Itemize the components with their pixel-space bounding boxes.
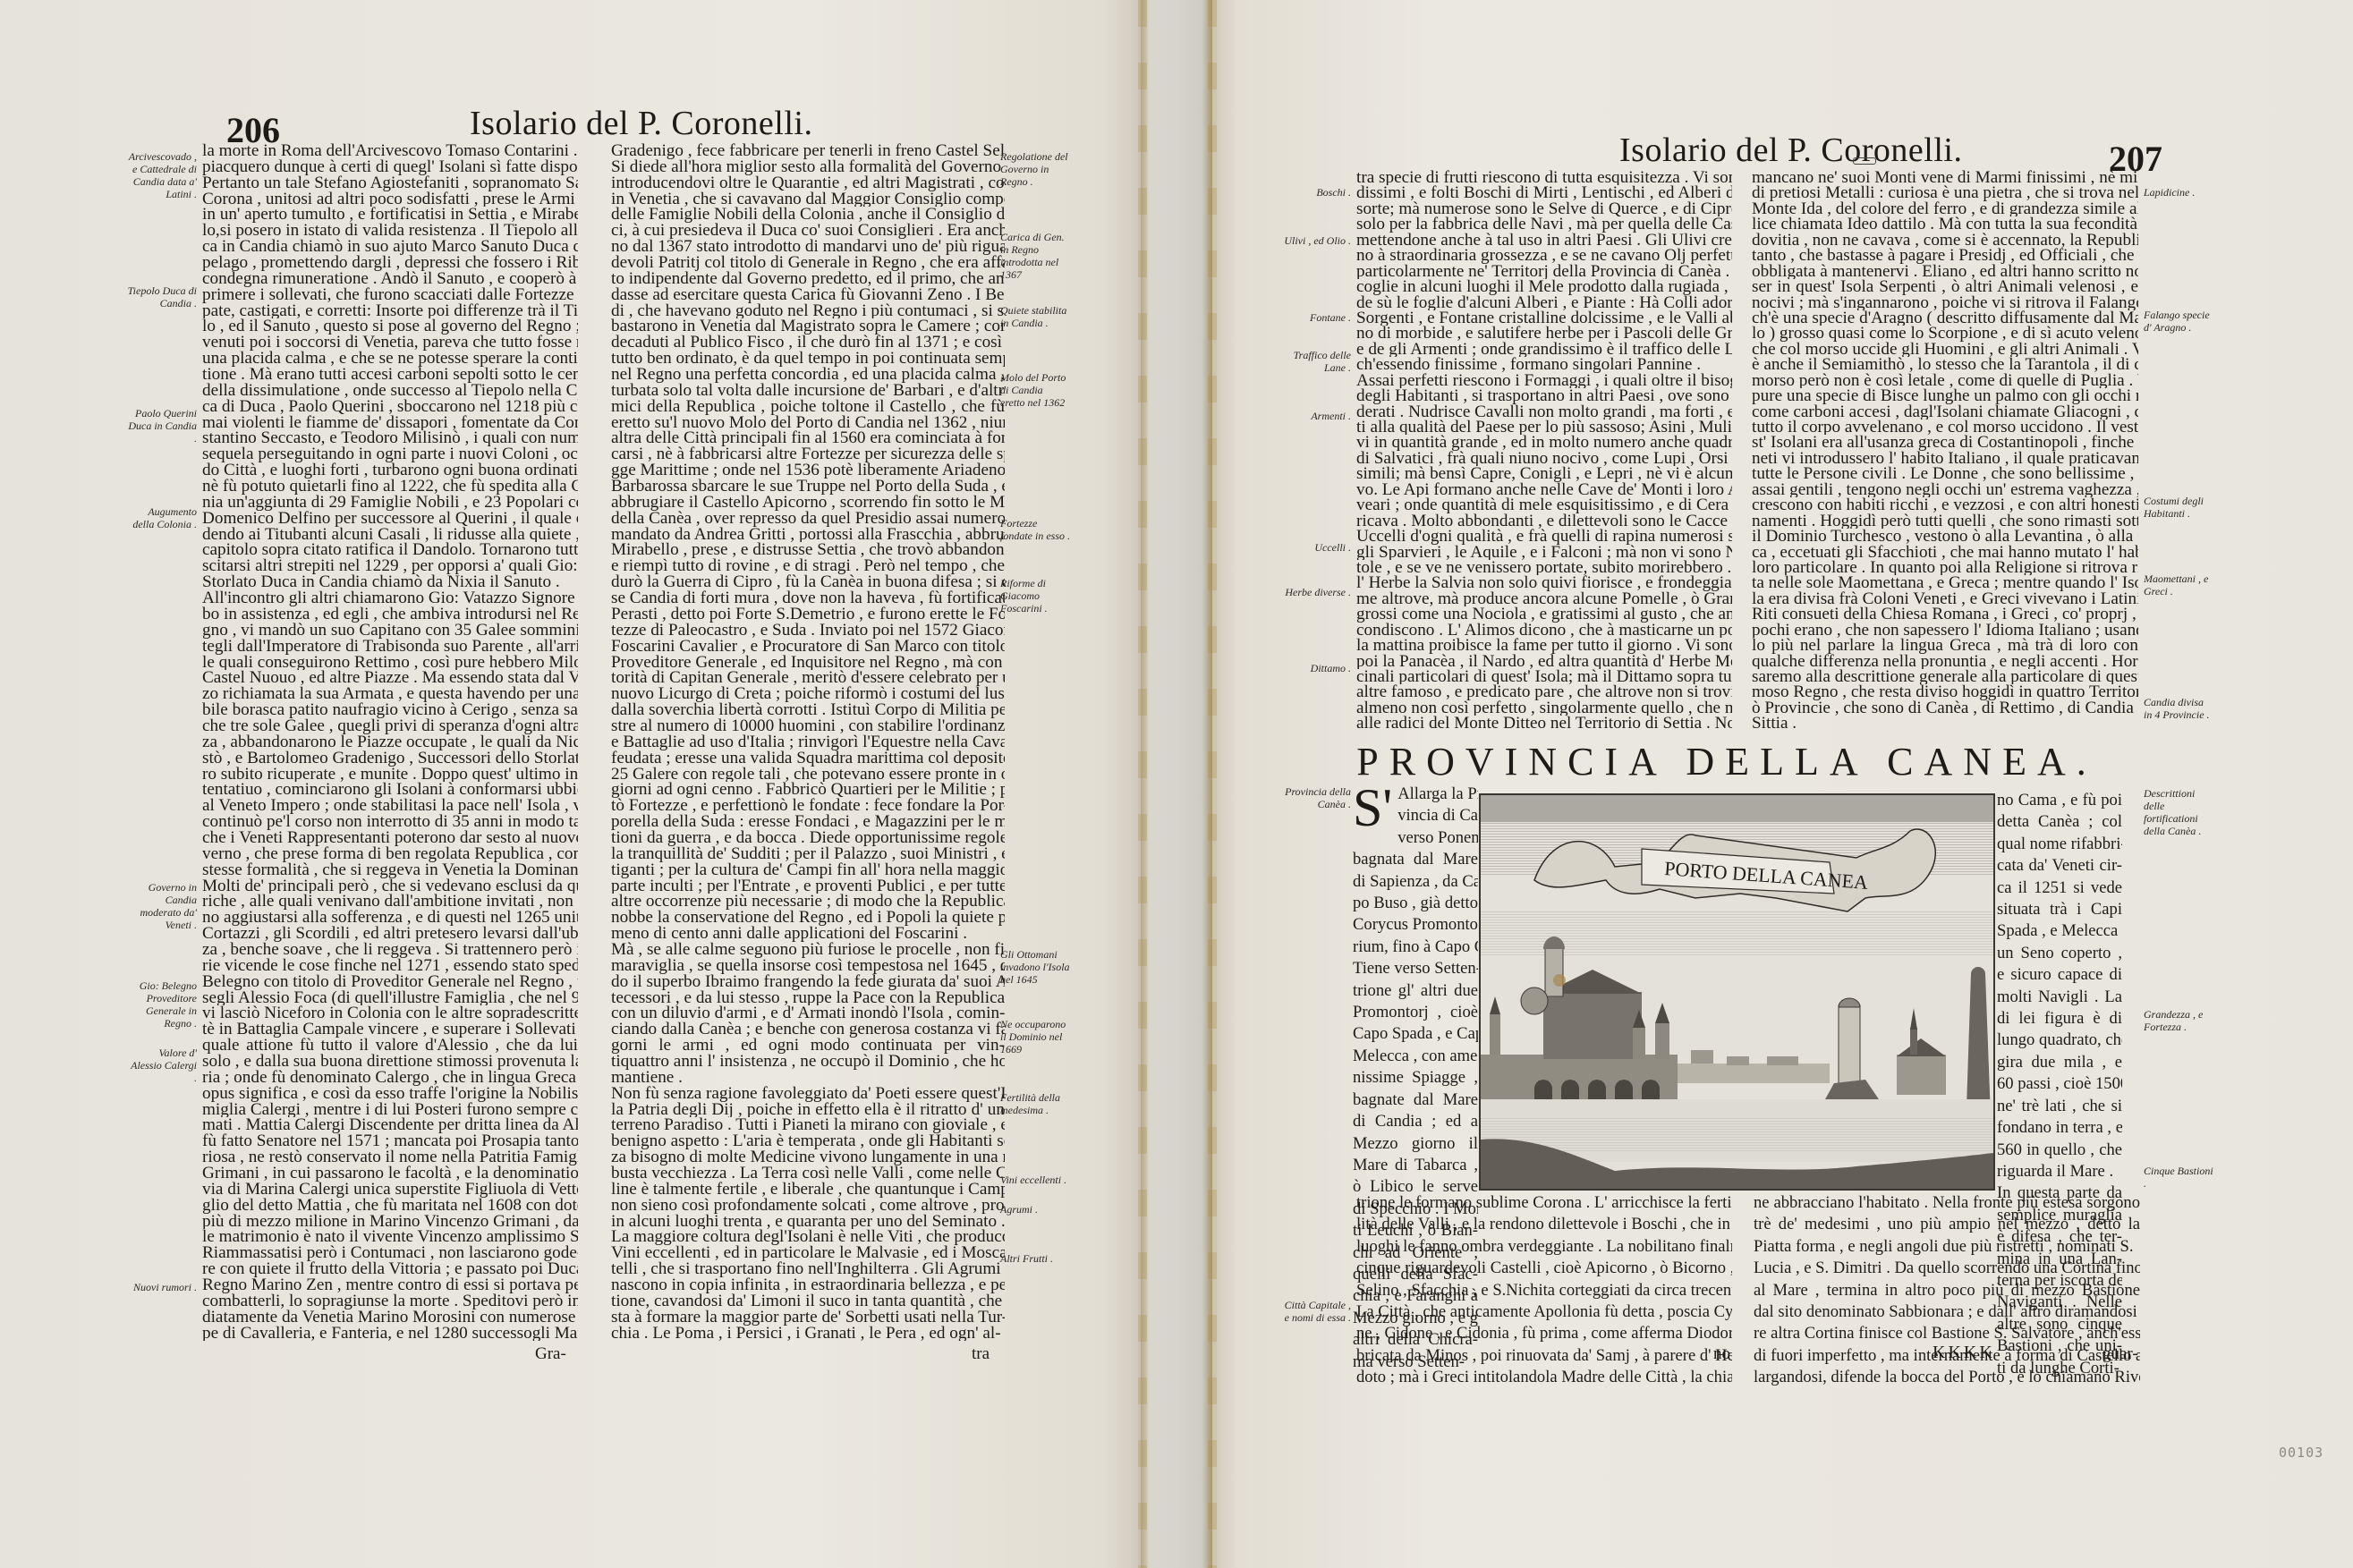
text-line: riche , alle quali venivano dall'ambitio… — [202, 894, 578, 910]
engraving-porto-della-canea: PORTO DELLA CANEA — [1479, 793, 1995, 1191]
text-line: Monte Ida , del colore del ferro , e di … — [1752, 201, 2138, 216]
text-line: Grimani , in cui passarono le facoltà , … — [202, 1165, 578, 1182]
text-line: ca il 1251 si vede — [1997, 877, 2122, 899]
text-line: feudata ; eresse una valida Squadra mari… — [611, 750, 1005, 767]
text-line: della dissimulatione , onde successo al … — [202, 383, 578, 399]
margin-note: Armenti . — [1281, 410, 1351, 422]
text-line: Mà , se alle calme seguono più furiose l… — [611, 942, 1005, 958]
text-line: Spada , e Melecca in — [1997, 920, 2122, 942]
text-line: stò , e Bartolomeo Gradenigo , Successor… — [202, 750, 578, 767]
text-line: tutte le Persone civili . Le Donne , che… — [1752, 466, 2138, 481]
text-line: giorni ad ogni cenno . Fabbricò Quartier… — [611, 782, 1005, 798]
text-line: no à straordinaria grossezza , e se ne c… — [1356, 248, 1732, 263]
text-line: ricava . Molto abbondanti , e dilettevol… — [1356, 513, 1732, 529]
text-line: Storlato Duca in Candia chiamò da Nixia … — [202, 574, 578, 590]
text-line: tutto ben ordinato, è da quel tempo in p… — [611, 351, 1005, 367]
text-line: nobbe la conservatione del Regno , ed i … — [611, 910, 1005, 926]
right-page-column-2: mancano ne' suoi Monti vene di Marmi fin… — [1752, 170, 2138, 732]
text-line: crescono con habiti ricchi , e vezzosi ,… — [1752, 497, 2138, 513]
drop-cap: S' — [1353, 785, 1392, 830]
text-line: maraviglia , se quella insorse così temp… — [611, 958, 1005, 974]
text-line: La maggiore coltura degl'Isolani è nelle… — [611, 1229, 1005, 1245]
text-line: ti alla qualità del Paese per lo più sas… — [1356, 420, 1732, 435]
text-line: Piatta forma , e negli angoli due più ri… — [1754, 1236, 2140, 1258]
text-line: ne , Cidone , e Cidonia , fù prima , com… — [1356, 1323, 1732, 1344]
text-line: namenti . Hoggidì però tutti quelli , ch… — [1752, 513, 2138, 529]
text-line: altre famoso , e predicato pare , che al… — [1356, 684, 1732, 699]
text-line: tole , e se ve ne venissero portate, sub… — [1356, 560, 1732, 575]
text-line: le quali conseguirono Rettimo , così pur… — [202, 655, 578, 671]
text-line: no dal 1367 stato introdotto di mandarvi… — [611, 239, 1005, 255]
text-line: Sittia . — [1752, 716, 2138, 731]
text-line: almeno non così perfetto , singolarmente… — [1356, 700, 1732, 716]
text-line: tegli dall'Imperatore di Trabisonda suo … — [202, 639, 578, 655]
text-line: chia . Le Poma , i Persici , i Granati ,… — [611, 1326, 1005, 1342]
text-line: tutto il corpo avvelenano , e col morso … — [1752, 420, 2138, 435]
text-line: line è talmente fertile , e liberale , c… — [611, 1182, 1005, 1198]
text-line: gno , vi mandò un suo Capitano con 35 Ga… — [202, 623, 578, 639]
margin-note: Gli Ottomani invadono l'Isola nel 1645 — [1000, 948, 1070, 986]
text-line: Mirabello , prese , e distrusse Settia ,… — [611, 542, 1005, 558]
harbor-engraving-illustration: PORTO DELLA CANEA — [1481, 795, 1993, 1189]
text-line: la tranquillità de' Sudditi ; per il Pal… — [611, 846, 1005, 862]
text-line: tò Fortezze , e perfettionò le fondate :… — [611, 798, 1005, 814]
text-line: me altrove, mà produce ancora alcune Pom… — [1356, 591, 1732, 606]
text-line: ò Provincie , che sono di Canèa , di Ret… — [1752, 700, 2138, 716]
text-line: che col morso uccide gli Huomini , e gli… — [1752, 342, 2138, 357]
text-line: to indipendente dal Governo predetto, ed… — [611, 271, 1005, 287]
text-line: sta à formare la maggior parte de' Sorbe… — [611, 1309, 1005, 1326]
text-line: Non fù senza ragione favoleggiato da' Po… — [611, 1086, 1005, 1102]
text-line: All'incontro gli altri chiamarono Gio: V… — [202, 590, 578, 606]
text-line: rium, fino à Capo Crio. — [1353, 937, 1478, 958]
margin-note: Agrumi . — [1000, 1203, 1070, 1216]
text-line: pure una specie di Bisce lunghe un palmo… — [1752, 388, 2138, 403]
margin-note: Falango specie d' Aragno . — [2144, 309, 2213, 334]
running-head-left: Isolario del P. Coronelli. — [470, 104, 812, 143]
text-line: telli , che si trasportano fino nell'Ing… — [611, 1261, 1005, 1277]
text-line: nocivi ; mà s'ingannarono , poiche vi si… — [1752, 295, 2138, 310]
text-line: tè in Battaglia Campale vincere , e supe… — [202, 1021, 578, 1038]
text-line: ca , eccetuati gli Sfacchioti , che mai … — [1752, 545, 2138, 560]
text-line: Pertanto un tale Stefano Agiostefaniti ,… — [202, 175, 578, 191]
text-line: detta Canèa ; col — [1997, 811, 2122, 833]
text-line: cinali particolari di quest' Isola; mà i… — [1356, 669, 1732, 684]
text-line: di lei figura è di — [1997, 1008, 2122, 1030]
margin-note: Traffico delle Lane . — [1281, 349, 1351, 374]
text-line: sequela perseguitando in ogni parte i nu… — [202, 446, 578, 462]
text-line: segli Alessio Foca (di quell'illustre Fa… — [202, 990, 578, 1006]
text-line: qual nome rifabbri- — [1997, 834, 2122, 855]
text-line: tentatiuo , cominciarono gli Isolani à c… — [202, 782, 578, 798]
text-line: via di Marina Calergi unica superstite F… — [202, 1182, 578, 1198]
text-line: trione le formano sublime Corona . L' ar… — [1356, 1192, 1732, 1214]
left-page-column-2: Gradenigo , fece fabbricare per tenerli … — [611, 143, 1005, 1341]
text-line: porella della Suda : eresse Fondaci , e … — [611, 814, 1005, 830]
text-line: diatamente da Venetia Marino Morosini co… — [202, 1309, 578, 1326]
text-line: za , benche soave , che li reggeva . Si … — [202, 942, 578, 958]
text-line: veari ; onde quantità di mele esquisitis… — [1356, 497, 1732, 513]
text-line: bile borasca patito naufragio vicino à C… — [202, 702, 578, 718]
text-line: Capo Spada , e Capo — [1353, 1023, 1478, 1045]
margin-note: Carica di Gen. in Regno introdotta nel 1… — [1000, 231, 1070, 281]
catchword-right-col1: no — [1713, 1344, 1730, 1364]
text-line: tione . Mà erano tutti accesi carboni se… — [202, 367, 578, 383]
text-line: cinque riguardevoli Castelli , cioè Apic… — [1356, 1258, 1732, 1279]
text-line: Molti de' principali però , che si vedev… — [202, 878, 578, 894]
text-line: Mezzo giorno il — [1353, 1133, 1478, 1155]
text-line: di , che havevano goduto nel Regno i più… — [611, 303, 1005, 319]
text-line: Riti consueti della Chiesa Romana , i Gr… — [1752, 606, 2138, 622]
text-line: altra delle Città principali fin al 1560… — [611, 430, 1005, 446]
text-line: in un' aperto tumulto , e fortificatisi … — [202, 207, 578, 223]
margin-note: Maomettani , e Greci . — [2144, 572, 2213, 598]
text-line: Tiene verso Setten- — [1353, 958, 1478, 979]
margin-note: Tiepolo Duca di Candia . — [127, 284, 197, 309]
text-line: condegna rimuneratione . Andò il Sanuto … — [202, 271, 578, 287]
text-line: carsi , nè à fabbricarsi altre Fortezze … — [611, 446, 1005, 462]
text-line: della Canèa , over represso da quel Pres… — [611, 511, 1005, 527]
text-line: glio del detto Mattia , che fù maritata … — [202, 1198, 578, 1214]
text-line: cata da' Veneti cir- — [1997, 855, 2122, 877]
text-line: primere i sollevati, che furono scacciat… — [202, 287, 578, 303]
text-line: tezze di Paleocastro , e Suda . Inviato … — [611, 623, 1005, 639]
text-line: verso Ponente , — [1397, 827, 1478, 849]
text-line: do Città , e luoghi forti , turbarono og… — [202, 462, 578, 479]
text-line: Cortazzi , gli Scordili , ed altri prete… — [202, 926, 578, 942]
text-line: la era divisa frà Coloni Veneti , e Grec… — [1752, 591, 2138, 606]
section-title: PROVINCIA DELLA CANEA. — [1279, 739, 2174, 784]
margin-note: Fertilità della medesima . — [1000, 1091, 1070, 1116]
text-line: qualche differenza nella pronuntia , e n… — [1752, 654, 2138, 669]
text-line: dalla soverchia libertà corrotti . Istit… — [611, 702, 1005, 718]
catchword-left-col1: Gra- — [535, 1344, 566, 1364]
text-line: po Buso , già detto — [1353, 893, 1478, 914]
text-line: particolarmente ne' Territorj della Prov… — [1356, 264, 1732, 279]
text-line: ne' trè lati , che si — [1997, 1096, 2122, 1117]
text-line: bricata da Minos , poi rinuovata da' Sam… — [1356, 1345, 1732, 1367]
text-line: gira due mila , e — [1997, 1052, 2122, 1073]
margin-note: Dittamo . — [1281, 662, 1351, 674]
text-line: nè fù potuto quietarli fino al 1222, che… — [202, 479, 578, 495]
text-line: dovitia , non ne cavava , come si è acce… — [1752, 233, 2138, 248]
text-line: fù fatto Senatore nel 1571 ; mancata poi… — [202, 1133, 578, 1149]
text-line: coglie in alcuni luoghi il Mele prodotto… — [1356, 279, 1732, 294]
text-line: lo , ed il Sanuto , questo si pose al go… — [202, 318, 578, 335]
text-line: venuti poi i soccorsi di Venetia, pareva… — [202, 335, 578, 351]
text-line: Proveditore Generale , ed Inquisitore ne… — [611, 655, 1005, 671]
text-line: bastarono in Venetia dal Magistrato sopr… — [611, 318, 1005, 335]
text-line: e sicuro capace di — [1997, 964, 2122, 986]
text-line: l' Herbe la Salvia non solo quivi fioris… — [1356, 575, 1732, 590]
foxing-stain — [1208, 0, 1217, 1568]
margin-note: Regolatione del Governo in Regno . — [1000, 150, 1070, 188]
text-line: saremo alla descrittione generale alla p… — [1752, 669, 2138, 684]
text-line: una placida calma , e che se ne potesse … — [202, 351, 578, 367]
text-line: pochi erano , che non sapessero l' Idiom… — [1752, 623, 2138, 638]
text-line: stesse formalità , che si reggeva in Ven… — [202, 862, 578, 878]
margin-note: Fortezze fondate in esso . — [1000, 517, 1070, 542]
margin-note: Nuovi rumori . — [127, 1281, 197, 1293]
book-spread: 206 Isolario del P. Coronelli. Isolario … — [0, 0, 2353, 1568]
margin-note: Uccelli . — [1281, 541, 1351, 554]
text-line: fondano in terra , e — [1997, 1117, 2122, 1139]
foxing-stain — [1138, 0, 1147, 1568]
text-line: no di morbide , e salutifere herbe per i… — [1356, 326, 1732, 341]
text-line: Mare di Tabarca , — [1353, 1155, 1478, 1176]
text-line: trè de' medesimi , uno più ampio nel mez… — [1754, 1214, 2140, 1235]
text-line: largandosi, difende la bocca del Porto ,… — [1754, 1367, 2140, 1388]
text-line: bo in assistenza , ed egli , che ambiva … — [202, 606, 578, 623]
text-line: tiganti ; per la cultura de' Campi fin a… — [611, 862, 1005, 878]
text-line: benigno aspetto : L'aria è temperata , o… — [611, 1133, 1005, 1149]
text-line: il Dominio Turchesco , vestono ò alla Le… — [1752, 529, 2138, 544]
text-line: de sù le foglie d'alcuni Alberi , e Pian… — [1356, 295, 1732, 310]
text-line: Regno Marino Zen , mentre contro di essi… — [202, 1277, 578, 1293]
margin-note: Lapidicine . — [2144, 186, 2213, 199]
text-line: assai gentili , tengono negli occhi un' … — [1752, 482, 2138, 497]
text-line: altre occorrenze più necessarie ; di mod… — [611, 894, 1005, 910]
text-line: in Venetia , che si cavavano dal Maggior… — [611, 191, 1005, 208]
text-line: solo per la fabbrica delle Navi , mà per… — [1356, 216, 1732, 232]
margin-note: Descrittioni delle fortificationi della … — [2144, 787, 2213, 837]
text-line: mancano ne' suoi Monti vene di Marmi fin… — [1752, 170, 2138, 185]
text-line: Lucia , e S. Dimitri . Da quello scorren… — [1754, 1258, 2140, 1279]
text-line: luoghi le fanno ombra verdeggiante . La … — [1356, 1236, 1732, 1258]
text-line: lo ) grosso quasi come lo Scorpione , e … — [1752, 326, 2138, 341]
text-line: Corona , unitosi ad altri poco sodisfatt… — [202, 191, 578, 208]
text-line: dendo ai Titubanti alcuni Casali , li ri… — [202, 527, 578, 543]
text-line: devoli Patritj col titolo di Generale in… — [611, 255, 1005, 271]
text-line: torità di Capitan Generale , meritò d'es… — [611, 670, 1005, 686]
text-line: pate, castigati, e corretti: Insorte poi… — [202, 303, 578, 319]
text-line: lungo quadrato, che — [1997, 1030, 2122, 1051]
margin-note: Riforme di Giacomo Foscarini . — [1000, 577, 1070, 614]
text-line: molti Navigli . La — [1997, 987, 2122, 1008]
text-line: tra specie di frutti riescono di tutta e… — [1356, 170, 1732, 185]
text-line: st' Isolani era all'usanza greca di Cost… — [1752, 435, 2138, 450]
text-line: Perasti , detto poi Forte S.Demetrio , e… — [611, 606, 1005, 623]
text-line: gli Sparvieri , le Aquile , e i Falconi … — [1356, 545, 1732, 560]
catchword-left-col2: tra — [972, 1344, 990, 1364]
margin-note: Ulivi , ed Olio . — [1281, 234, 1351, 247]
text-line: Riammassatisi però i Contumaci , non las… — [202, 1245, 578, 1261]
text-line: neti vi introdussero l' habito Italiano … — [1752, 451, 2138, 466]
text-line: za bisogno di molte Medicine vivono lung… — [611, 1149, 1005, 1165]
text-line: terreno Paradiso . Tutti i Pianeti la mi… — [611, 1117, 1005, 1133]
text-line: mati . Mattia Calergi Discendente per dr… — [202, 1117, 578, 1133]
margin-note: Cinque Bastioni . — [2144, 1165, 2213, 1190]
text-line: bagnate dal Mare — [1353, 1089, 1478, 1111]
text-line: durò la Guerra di Cipro , fù la Canèa in… — [611, 574, 1005, 590]
text-line: stantino Seccasto, e Teodoro Milisinò , … — [202, 430, 578, 446]
text-line: mettendone anche à tal uso in altri Paes… — [1356, 233, 1732, 248]
text-line: loro particolare . In quanto poi alla Re… — [1752, 560, 2138, 575]
text-line: opus significa , e così da esso traffe l… — [202, 1086, 578, 1102]
archive-stamp: 00103 — [2279, 1445, 2323, 1461]
margin-note: Quiete stabilita in Candia . — [1000, 304, 1070, 329]
text-line: doto ; mà i Greci intitolandola Madre de… — [1356, 1367, 1732, 1388]
text-line: no aggiustarsi alla sofferenza , e di qu… — [202, 910, 578, 926]
text-line: Vini eccellenti , ed in particolare le M… — [611, 1245, 1005, 1261]
text-line: stre al numero di 10000 huomini , con st… — [611, 718, 1005, 734]
text-line: Uccelli d'ogni qualità , e frà quelli di… — [1356, 529, 1732, 544]
text-line: Selino , Sfacchia , e S.Nichita corteggi… — [1356, 1280, 1732, 1301]
text-line: Si diede all'hora miglior sesto alla for… — [611, 159, 1005, 175]
text-line: la Patria degli Dij , poiche in effetto … — [611, 1102, 1005, 1118]
text-line: e Battaglie ad uso d'Italia ; rinvigorì … — [611, 734, 1005, 750]
text-line: Barbarossa sbarcare le sue Truppe nel Po… — [611, 479, 1005, 495]
left-page-column-1: la morte in Roma dell'Arcivescovo Tomaso… — [202, 143, 578, 1341]
text-line: trione gl' altri due — [1353, 980, 1478, 1002]
text-line: dissimi , e folti Boschi di Mirti , Lent… — [1356, 185, 1732, 200]
text-line: Melecca , con ame- — [1353, 1046, 1478, 1067]
text-line: nuovo Licurgo di Creta ; poiche riformò … — [611, 686, 1005, 702]
text-line: delle Famiglie Nobili della Colonia , an… — [611, 207, 1005, 223]
text-line: gge Marittime ; onde nel 1536 potè liber… — [611, 462, 1005, 479]
header-ornament — [1853, 157, 1876, 165]
margin-note: Boschi . — [1281, 186, 1351, 199]
text-line: e riempì tutto di rovine , e di stragi .… — [611, 558, 1005, 574]
running-head-right: Isolario del P. Coronelli. — [1619, 131, 1962, 170]
text-line: derati . Nudrisce Cavalli non molto gran… — [1356, 404, 1732, 420]
margin-note: Vini eccellenti . — [1000, 1174, 1070, 1186]
text-line: busta vecchiezza . La Terra così nelle V… — [611, 1165, 1005, 1182]
book-gutter — [1141, 0, 1212, 1568]
text-line: ria ; onde fù denominato Calergo , che i… — [202, 1070, 578, 1086]
margin-note: Paolo Querini Duca in Candia . — [127, 407, 197, 445]
text-line: vi lasciò Niceforo in Colonia con le alt… — [202, 1005, 578, 1021]
text-line: parte inculti ; per l'Entrate , e proven… — [611, 878, 1005, 894]
signature-mark: KKKK — [1933, 1343, 1995, 1363]
text-line: che tre sole Galee , quegli privi di spe… — [202, 718, 578, 734]
text-line: vincia di Canèa — [1397, 805, 1478, 826]
text-line: la morte in Roma dell'Arcivescovo Tomaso… — [202, 143, 578, 159]
text-line: riosa , ne restò conservato il nome nell… — [202, 1149, 578, 1165]
text-line: ne abbracciano l'habitato . Nella fronte… — [1754, 1192, 2140, 1214]
margin-note: Valore d' Alessio Calergi . — [127, 1047, 197, 1084]
text-line: Corycus Promonto- — [1353, 914, 1478, 936]
text-line: no Cama , e fù poi — [1997, 790, 2122, 811]
right-page-column-1: tra specie di frutti riescono di tutta e… — [1356, 170, 1732, 732]
text-line: ciando dalla Canèa ; e benche con genero… — [611, 1021, 1005, 1038]
text-line: e de gli Armenti ; onde grandissimo è il… — [1356, 342, 1732, 357]
text-line: nia un'aggiunta di 29 Famiglie Nobili , … — [202, 495, 578, 511]
text-line: rie vicende le cose finche nel 1271 , es… — [202, 958, 578, 974]
text-line: za , abbandonarono le Piazze occupate , … — [202, 734, 578, 750]
text-line: Domenico Delfino per successore al Queri… — [202, 511, 578, 527]
text-line: do il superbo Ibraimo frangendo la fede … — [611, 974, 1005, 990]
text-line: mandato da Andrea Gritti , portossi alla… — [611, 527, 1005, 543]
text-line: come carboni accesi , dagl'Isolani chiam… — [1752, 404, 2138, 420]
text-line: dal sito denominato Sabbionara ; e dall'… — [1754, 1301, 2140, 1323]
text-line: pe di Cavalleria, e Fanteria, e nel 1280… — [202, 1326, 578, 1342]
margin-note: Costumi degli Habitanti . — [2144, 495, 2213, 520]
text-line: dasse ad esercitare questa Carica fù Gio… — [611, 287, 1005, 303]
text-line: ta nelle sole Maomettana , e Greca ; men… — [1752, 575, 2138, 590]
text-line: obbligata à mantenervi . Eliano , ed alt… — [1752, 264, 2138, 279]
text-line: introducendovi oltre le Quarantie , ed a… — [611, 175, 1005, 191]
text-line: solo , e dalla sua buona direttione stim… — [202, 1054, 578, 1070]
text-line: La Città , che anticamente Apollonia fù … — [1356, 1301, 1732, 1323]
text-line: verno , che prese forma di ben regolata … — [202, 846, 578, 862]
text-line: non sieno così profondamente solcati , c… — [611, 1198, 1005, 1214]
text-line: Sorgenti , e Fontane cristalline dolciss… — [1356, 310, 1732, 326]
text-line: se Candia di forti mura , dove non la ha… — [611, 590, 1005, 606]
text-line: Assai perfetti riescono i Formaggi , i q… — [1356, 373, 1732, 388]
margin-note: Governo in Candia moderato da' Veneti . — [127, 881, 197, 931]
text-line: di Sapienza , da Ca- — [1353, 871, 1478, 893]
catchword-right-col2: guar- — [2102, 1344, 2138, 1364]
text-line: 25 Galere con regole tali , che potevano… — [611, 767, 1005, 783]
margin-note: Candia divisa in 4 Provincie . — [2144, 696, 2213, 721]
text-line: di pretiosi Metalli : curiosa è una piet… — [1752, 185, 2138, 200]
text-line: mantiene . — [611, 1070, 1005, 1086]
text-line: nissime Spiagge , — [1353, 1067, 1478, 1089]
text-line: di Candia ; ed a — [1353, 1111, 1478, 1132]
text-line: piacquero dunque à certi di quegl' Isola… — [202, 159, 578, 175]
margin-note: Arcivescovado , e Cattedrale di Candia d… — [127, 150, 197, 200]
text-line: pelago , promettendo dargli , depressi c… — [202, 255, 578, 271]
margin-note: Molo del Porto di Candia eretto nel 1362 — [1000, 371, 1070, 409]
text-line: al Veneto Impero ; onde stabilitasi la p… — [202, 798, 578, 814]
text-line: vi in quantità grande , ed in molto nume… — [1356, 435, 1732, 450]
text-line: lice chiamata Ideo dattilo . Mà con tutt… — [1752, 216, 2138, 232]
text-line: un Seno coperto , — [1997, 943, 2122, 964]
text-line: le matrimonio è nato il vivente Vincenzo… — [202, 1229, 578, 1245]
text-line: sorte; mà numerose sono le Selve di Quer… — [1356, 201, 1732, 216]
text-line: eretto su'l nuovo Molo del Porto di Cand… — [611, 415, 1005, 431]
text-line: tanto , che bastasse à pagare i Presidj … — [1752, 248, 2138, 263]
text-line: 560 in quello , che — [1997, 1140, 2122, 1161]
text-line: Belegno con titolo di Proveditor General… — [202, 974, 578, 990]
text-line: scitarsi altri strepiti nel 1229 , per o… — [202, 558, 578, 574]
text-line: di Salvatici , frà quali niuno nocivo , … — [1356, 451, 1732, 466]
text-line: ca di Duca , Paolo Querini , sboccarono … — [202, 399, 578, 415]
text-line: Gradenigo , fece fabbricare per tenerli … — [611, 143, 1005, 159]
margin-note: Fontane . — [1281, 311, 1351, 324]
text-line: degli Habitanti , si trasportano in altr… — [1356, 388, 1732, 403]
text-line: più di mezzo milione in Marino Vincenzo … — [202, 1214, 578, 1230]
text-line: la mattina proibisce la fame per tutto i… — [1356, 638, 1732, 653]
text-line: re con quiete il frutto della Vittoria ;… — [202, 1261, 578, 1277]
text-line: al Mare , termina in altro poco più di m… — [1754, 1280, 2140, 1301]
text-line: quale attione fù tutto il valore d'Aless… — [202, 1038, 578, 1054]
text-line: mai violenti le fiamme de' dissapori , f… — [202, 415, 578, 431]
text-line: tione, cavandosi da' Limoni il suco in t… — [611, 1293, 1005, 1309]
text-line: grossi come una Nociola , e gratissimi a… — [1356, 606, 1732, 622]
text-line: meno di cento anni dalle applicationi de… — [611, 926, 1005, 942]
text-line: ser in quest' Isola Serpenti , ò altri A… — [1752, 279, 2138, 294]
text-line: nel Regno una perfetta concordia , ed un… — [611, 367, 1005, 383]
text-line: gorni le armi , ed ogni modo continuata … — [611, 1038, 1005, 1054]
text-line: ci, à cui presiedeva il Duca co' suoi Co… — [611, 223, 1005, 239]
margin-note: Altri Frutti . — [1000, 1252, 1070, 1265]
text-line: decaduti al Publico Fisco , il che durò … — [611, 335, 1005, 351]
text-line: situata trà i Capi — [1997, 899, 2122, 920]
text-line: nascono in copia infinita , in estraordi… — [611, 1277, 1005, 1293]
text-line: 60 passi , cioè 1500 — [1997, 1073, 2122, 1095]
text-line: alle radici del Monte Ditteo nel Territo… — [1356, 716, 1732, 731]
margin-note: Ne occuparono il Dominio nel 1669 — [1000, 1018, 1070, 1055]
text-line: in alcuni luoghi trenta , e quaranta per… — [611, 1214, 1005, 1230]
text-line: Promontorj , cioè — [1353, 1002, 1478, 1023]
text-line: è anche il Semiamithò , lo stesso che la… — [1752, 357, 2138, 372]
margin-note: Augumento della Colonia . — [127, 505, 197, 530]
text-line: miglia Calergi , mentre i di lui Posteri… — [202, 1102, 578, 1118]
margin-note: Grandezza , e Fortezza . — [2144, 1008, 2213, 1033]
text-line: turbata solo tal volta dalle incursione … — [611, 383, 1005, 399]
